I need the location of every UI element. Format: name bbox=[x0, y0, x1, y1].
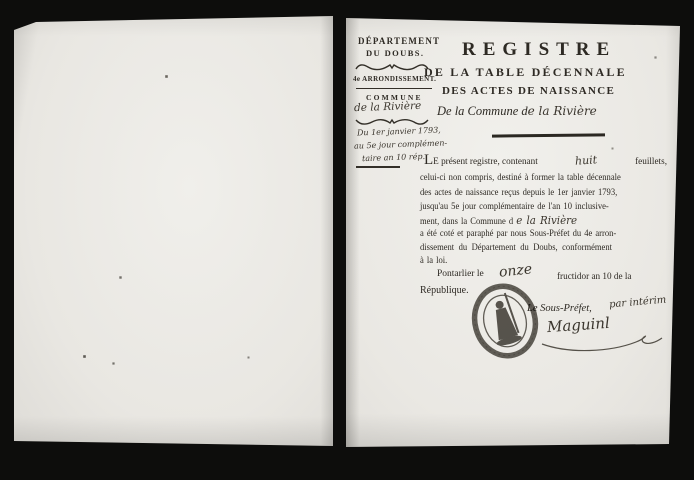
dateline-place: Pontarlier le bbox=[437, 269, 484, 279]
sous-prefecture-oval-seal-icon bbox=[468, 282, 542, 362]
departement-label: DÉPARTEMENT bbox=[358, 36, 440, 46]
title-commune-line: De la Commune de la Rivière bbox=[437, 104, 597, 119]
handwritten-day: onze bbox=[498, 261, 533, 280]
body-line1-text: E présent registre, contenant bbox=[433, 156, 538, 166]
title-line3: DES ACTES DE NAISSANCE bbox=[442, 85, 615, 97]
body-line-5: ment, dans la Commune d e la Rivière bbox=[420, 214, 577, 227]
title-commune-handwritten: e la Rivière bbox=[528, 104, 597, 118]
body-line-4: jusqu'au 5e jour complémentaire de l'an … bbox=[420, 201, 609, 211]
handwritten-commune-body: e la Rivière bbox=[516, 214, 577, 227]
body-line-6: a été coté et paraphé par nous Sous-Préf… bbox=[420, 228, 616, 238]
handwritten-feuillet-count: huit bbox=[575, 153, 598, 168]
paper-specks bbox=[0, 0, 1, 1]
doubs-label: DU DOUBS. bbox=[366, 48, 424, 58]
brace-ornament-top bbox=[354, 60, 430, 72]
dateline-republique: République. bbox=[420, 285, 469, 296]
left-blank-page bbox=[14, 15, 333, 446]
signature-flourish bbox=[540, 330, 666, 354]
dateline-month: fructidor an 10 de la bbox=[557, 271, 632, 281]
margin-rule bbox=[356, 88, 432, 89]
register-scan: DÉPARTEMENT DU DOUBS. 4e ARRONDISSEMENT.… bbox=[0, 0, 694, 480]
title-commune-printed: De la Commune d bbox=[437, 104, 528, 118]
body-line-8: à la loi. bbox=[420, 255, 447, 265]
body-line1-end: feuillets, bbox=[635, 156, 667, 166]
page-title: REGISTRE bbox=[462, 39, 616, 61]
body-line-2: celui-ci non compris, destiné à former l… bbox=[420, 172, 621, 182]
commune-name-handwritten: de la Rivière bbox=[354, 100, 422, 114]
body-line-1: LE présent registre, contenant huit feui… bbox=[424, 154, 667, 167]
dropcap-L: L bbox=[424, 152, 433, 168]
body-line5-printed: ment, dans la Commune d bbox=[420, 216, 513, 226]
body-line-3: des actes de naissance reçus depuis le 1… bbox=[420, 187, 617, 197]
body-line-7: dissement du Département du Doubs, confo… bbox=[420, 242, 612, 252]
title-line2: DE LA TABLE DÉCENNALE bbox=[424, 65, 627, 80]
margin-rule-bottom bbox=[356, 166, 400, 168]
body-line1-start: LE présent registre, contenant bbox=[424, 156, 538, 166]
